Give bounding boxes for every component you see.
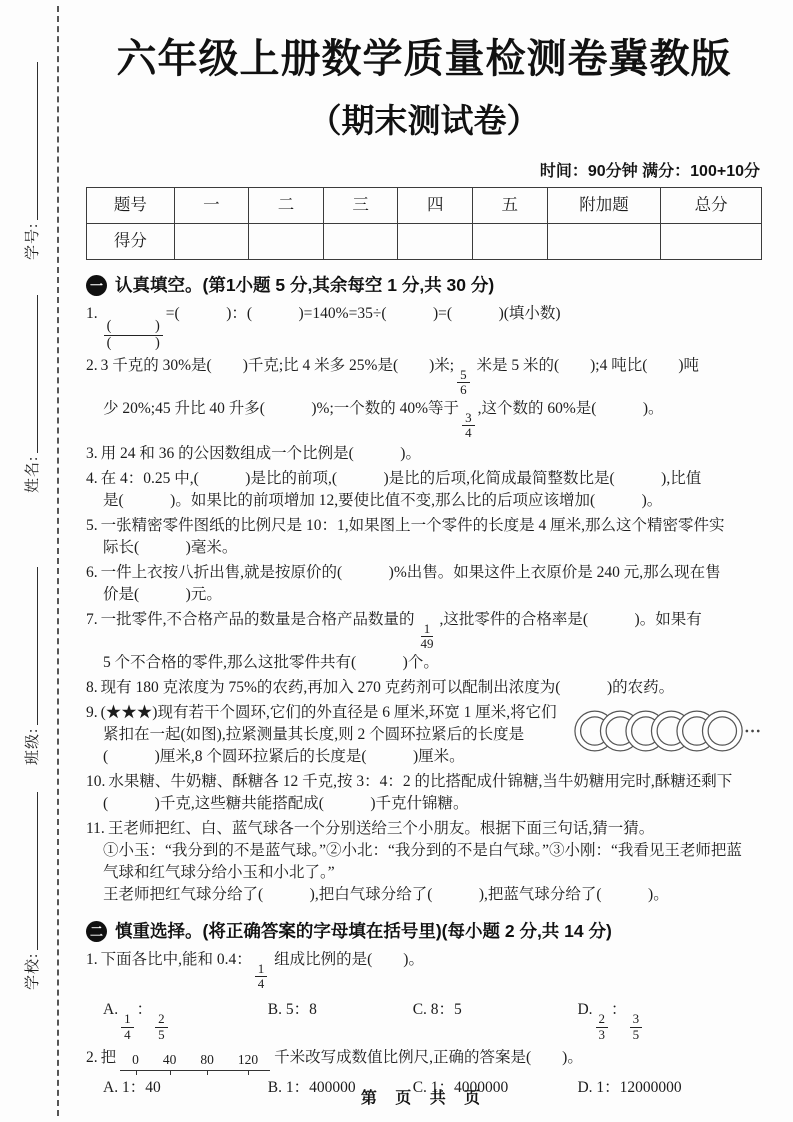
question-line: ①小玉：“我分到的不是蓝气球。”②小北：“我分到的不是白气球。”③小刚：“我看见… [86,840,762,862]
question-number: 1. [86,305,98,322]
scale-ruler: 04080120 [120,1052,270,1071]
text-run: A. [103,1001,118,1018]
fraction: 14 [255,962,268,992]
text-run: D. [577,1001,592,1018]
question-number: 4. [86,470,98,487]
question-number: 10. [86,773,105,790]
class-label: 班级: [21,728,42,765]
score-table-header-cell: 一 [174,188,249,224]
question-number: 9. [86,704,98,721]
section-multiple-choice: 二慎重选择。(将正确答案的字母填在括号里)(每小题 2 分,共 14 分)1.下… [86,921,762,1101]
fraction-numerator: 5 [457,368,470,383]
text-run: (★★★)现有若干个圆环,它们的外直径是 6 厘米,环宽 1 厘米,将它们 [101,704,557,721]
score-table-score-row: 得分 [87,224,762,260]
score-cell-empty[interactable] [661,224,762,260]
question: 11.王老师把红、白、蓝气球各一个分别送给三个小朋友。根据下面三句话,猜一猜。①… [86,818,762,906]
school-field: 学校: [20,790,42,990]
question-line: 10.水果糖、牛奶糖、酥糖各 12 千克,按 3：4：2 的比搭配成什锦糖,当牛… [86,771,762,793]
class-blank-line[interactable] [37,567,38,725]
question-number: 2. [86,357,98,374]
question-line: 气球和红气球分给小玉和小北了。” [86,862,762,884]
score-table: 题号一二三四五附加题总分 得分 [86,187,762,260]
fraction-denominator: 49 [418,637,437,651]
question-line: 4.在 4：0.25 中,( )是比的前项,( )是比的后项,化简成最简整数比是… [86,468,762,490]
score-table-header-cell: 总分 [661,188,762,224]
question-number: 3. [86,445,98,462]
text-run: 一张精密零件图纸的比例尺是 10：1,如果图上一个零件的长度是 4 厘米,那么这… [101,517,725,534]
text-run: 价是( )元。 [103,586,222,603]
question: 8.现有 180 克浓度为 75%的农药,再加入 270 克药剂可以配制出浓度为… [86,677,762,699]
text-run: 组成比例的是( )。 [270,951,424,968]
fraction-numerator: 1 [255,962,268,977]
question-number: 7. [86,611,98,628]
score-table-header-cell: 题号 [87,188,175,224]
score-table-header-cell: 四 [398,188,473,224]
text-run: 一件上衣按八折出售,就是按原价的( )%出售。如果这件上衣原价是 240 元,那… [101,564,721,581]
question-line: 2.把04080120千米改写成数值比例尺,正确的答案是( )。 [86,1047,762,1069]
fraction-numerator: 2 [155,1012,168,1027]
text-run: 5 个不合格的零件,那么这批零件共有( )个。 [103,654,439,671]
fraction-numerator: 2 [596,1012,609,1027]
fold-dashed-line [57,6,59,1116]
score-cell-empty[interactable] [323,224,398,260]
question: 1.( )( )=( )：( )=140%=35÷( )=( )(填小数) [86,303,762,352]
text-run: 用 24 和 36 的公因数组成一个比例是( )。 [101,445,421,462]
fraction-numerator: 1 [121,1012,134,1027]
question: 4.在 4：0.25 中,( )是比的前项,( )是比的后项,化简成最简整数比是… [86,468,762,512]
question-number: 2. [86,1049,98,1066]
text-run: ,这个数的 60%是( )。 [478,400,664,417]
class-field: 班级: [20,565,42,765]
question-line: 1.下面各比中,能和 0.4：14 组成比例的是( )。 [86,949,762,992]
page-footer: 第 页 共 页 [86,1089,762,1108]
question-number: 1. [86,951,98,968]
question: 10.水果糖、牛奶糖、酥糖各 12 千克,按 3：4：2 的比搭配成什锦糖,当牛… [86,771,762,815]
fraction-denominator: 4 [121,1028,134,1042]
text-run: ： [611,1001,627,1018]
fraction: 25 [155,1012,168,1042]
section-title: 认真填空。(第1小题 5 分,其余每空 1 分,共 30 分) [115,275,494,296]
option-A: A.14：25 [103,999,268,1042]
fraction: 149 [418,622,437,652]
score-table-header-cell: 二 [249,188,324,224]
score-table-header-cell: 三 [323,188,398,224]
text-run: 王老师把红、白、蓝气球各一个分别送给三个小朋友。根据下面三句话,猜一猜。 [108,820,654,837]
ruler-tick-label: 120 [226,1052,270,1070]
fraction-denominator: 4 [255,977,268,991]
question-line: 1.( )( )=( )：( )=140%=35÷( )=( )(填小数) [86,303,762,352]
score-table-header-cell: 五 [473,188,548,224]
fraction: 34 [462,411,475,441]
student-name-field: 姓名: [20,293,42,493]
option-D: D.23：35 [577,999,762,1042]
ruler-tick-label: 0 [120,1052,151,1070]
fraction-denominator: ( ) [104,336,163,352]
text-run: 在 4：0.25 中,( )是比的前项,( )是比的后项,化简成最简整数比是( … [101,470,702,487]
question-line: 5.一张精密零件图纸的比例尺是 10：1,如果图上一个零件的长度是 4 厘米,那… [86,515,762,537]
fraction-denominator: 4 [462,426,475,440]
score-cell-empty[interactable] [174,224,249,260]
score-cell-empty[interactable] [473,224,548,260]
paper-main-column: 六年级上册数学质量检测卷冀教版 （期末测试卷） 时间：90分钟 满分：100+1… [86,0,762,1104]
question-number: 11. [86,820,105,837]
fraction: 14 [121,1012,134,1042]
student-name-blank-line[interactable] [37,295,38,453]
text-run: ,这批零件的合格率是( )。如果有 [440,611,702,628]
score-table-header-row: 题号一二三四五附加题总分 [87,188,762,224]
question-line: 价是( )元。 [86,584,762,606]
question-number: 8. [86,679,98,696]
option-C: C. 8：5 [413,999,578,1042]
question-line: ( )千克,这些糖共能搭配成( )千克什锦糖。 [86,793,762,815]
score-cell-empty[interactable] [398,224,473,260]
text-run: 是( )。如果比的前项增加 12,要使比值不变,那么比的后项应该增加( )。 [103,492,662,509]
ruler-tick-label: 40 [151,1052,189,1070]
fraction-denominator: 3 [596,1028,609,1042]
question-line: 际长( )毫米。 [86,537,762,559]
question: 9.(★★★)现有若干个圆环,它们的外直径是 6 厘米,环宽 1 厘米,将它们紧… [86,702,762,768]
student-name-label: 姓名: [21,456,42,493]
question-line: 是( )。如果比的前项增加 12,要使比值不变,那么比的后项应该增加( )。 [86,490,762,512]
text-run: 紧扣在一起(如图),拉紧测量其长度,则 2 个圆环拉紧后的长度是 [103,726,524,743]
circled-two-icon: 二 [86,921,107,942]
text-run: 3 千克的 30%是( )千克;比 4 米多 25%是( )米; [101,357,454,374]
time-and-score-info: 时间：90分钟 满分：100+10分 [86,162,760,181]
fraction-numerator: 3 [630,1012,643,1027]
text-run: 王老师把红气球分给了( ),把白气球分给了( ),把蓝气球分给了( )。 [103,886,669,903]
text-run: ( )千克,这些糖共能搭配成( )千克什锦糖。 [103,795,469,812]
text-run: C. 8：5 [413,1001,462,1018]
section-header: 二慎重选择。(将正确答案的字母填在括号里)(每小题 2 分,共 14 分) [86,921,762,942]
chain-rings-figure [574,702,762,760]
question-line: 3.用 24 和 36 的公因数组成一个比例是( )。 [86,443,762,465]
fraction: 35 [630,1012,643,1042]
text-run: =( )：( )=140%=35÷( )=( )(填小数) [166,305,561,322]
question: 6.一件上衣按八折出售,就是按原价的( )%出售。如果这件上衣原价是 240 元… [86,562,762,606]
text-run: 一批零件,不合格产品的数量是合格产品数量的 [101,611,415,628]
fraction: 56 [457,368,470,398]
fraction: 23 [596,1012,609,1042]
question-line: 6.一件上衣按八折出售,就是按原价的( )%出售。如果这件上衣原价是 240 元… [86,562,762,584]
question-line: 2.3 千克的 30%是( )千克;比 4 米多 25%是( )米;56 米是 … [86,355,762,398]
question: 3.用 24 和 36 的公因数组成一个比例是( )。 [86,443,762,465]
section-fill-in-blanks: 一认真填空。(第1小题 5 分,其余每空 1 分,共 30 分)1.( )( )… [86,275,762,906]
text-run: 气球和红气球分给小玉和小北了。” [103,864,335,881]
test-paper-page: 学号: 姓名: 班级: 学校: 六年级上册数学质量检测卷冀教版 （期末测试卷） … [0,0,793,1122]
score-cell-empty[interactable] [547,224,661,260]
fraction-denominator: 5 [630,1028,643,1042]
student-number-blank-line[interactable] [37,62,38,220]
sections-container: 一认真填空。(第1小题 5 分,其余每空 1 分,共 30 分)1.( )( )… [86,275,762,1101]
text-run: ( )厘米,8 个圆环拉紧后的长度是( )厘米。 [103,748,465,765]
ruler-tick-label: 80 [188,1052,226,1070]
question: 1.下面各比中,能和 0.4：14 组成比例的是( )。A.14：25B. 5：… [86,949,762,1044]
text-run: 千米改写成数值比例尺,正确的答案是( )。 [274,1049,583,1066]
text-run: 水果糖、牛奶糖、酥糖各 12 千克,按 3：4：2 的比搭配成什锦糖,当牛奶糖用… [108,773,732,790]
fraction-denominator: 5 [155,1028,168,1042]
question: 7.一批零件,不合格产品的数量是合格产品数量的149,这批零件的合格率是( )。… [86,609,762,674]
score-cell-empty[interactable] [249,224,324,260]
text-run: 现有 180 克浓度为 75%的农药,再加入 270 克药剂可以配制出浓度为( … [101,679,675,696]
fraction-denominator: 6 [457,383,470,397]
question-line: 王老师把红气球分给了( ),把白气球分给了( ),把蓝气球分给了( )。 [86,884,762,906]
student-number-label: 学号: [21,223,42,260]
fraction: ( )( ) [104,319,163,352]
question-number: 5. [86,517,98,534]
question-line: 7.一批零件,不合格产品的数量是合格产品数量的149,这批零件的合格率是( )。… [86,609,762,652]
fraction-numerator: 1 [421,622,434,637]
question-line: 5 个不合格的零件,那么这批零件共有( )个。 [86,652,762,674]
text-run: 把 [101,1049,117,1066]
school-blank-line[interactable] [37,792,38,950]
circled-one-icon: 一 [86,275,107,296]
question-line: 8.现有 180 克浓度为 75%的农药,再加入 270 克药剂可以配制出浓度为… [86,677,762,699]
text-run: B. 5：8 [268,1001,317,1018]
section-title: 慎重选择。(将正确答案的字母填在括号里)(每小题 2 分,共 14 分) [115,921,612,942]
paper-title: 六年级上册数学质量检测卷冀教版 [86,36,762,82]
text-run: 米是 5 米的( );4 吨比( )吨 [473,357,699,374]
student-info-sidebar: 学号: 姓名: 班级: 学校: [0,0,60,1122]
score-row-label: 得分 [87,224,175,260]
school-label: 学校: [21,953,42,990]
fraction-numerator: ( ) [104,319,163,336]
score-table-header-cell: 附加题 [547,188,661,224]
question-number: 6. [86,564,98,581]
question-line: 11.王老师把红、白、蓝气球各一个分别送给三个小朋友。根据下面三句话,猜一猜。 [86,818,762,840]
text-run: 少 20%;45 升比 40 升多( )%;一个数的 40%等于 [103,400,459,417]
text-run: ： [137,1001,153,1018]
text-run: 际长( )毫米。 [103,539,237,556]
options-row: A.14：25B. 5：8C. 8：5D.23：35 [86,999,762,1042]
fraction-numerator: 3 [462,411,475,426]
text-run: 下面各比中,能和 0.4： [101,951,252,968]
option-B: B. 5：8 [268,999,413,1042]
section-header: 一认真填空。(第1小题 5 分,其余每空 1 分,共 30 分) [86,275,762,296]
question: 2.3 千克的 30%是( )千克;比 4 米多 25%是( )米;56 米是 … [86,355,762,440]
student-number-field: 学号: [20,60,42,260]
question-line: 少 20%;45 升比 40 升多( )%;一个数的 40%等于34,这个数的 … [86,398,762,441]
paper-subtitle: （期末测试卷） [86,102,762,140]
question: 5.一张精密零件图纸的比例尺是 10：1,如果图上一个零件的长度是 4 厘米,那… [86,515,762,559]
text-run: ①小玉：“我分到的不是蓝气球。”②小北：“我分到的不是白气球。”③小刚：“我看见… [103,842,742,859]
